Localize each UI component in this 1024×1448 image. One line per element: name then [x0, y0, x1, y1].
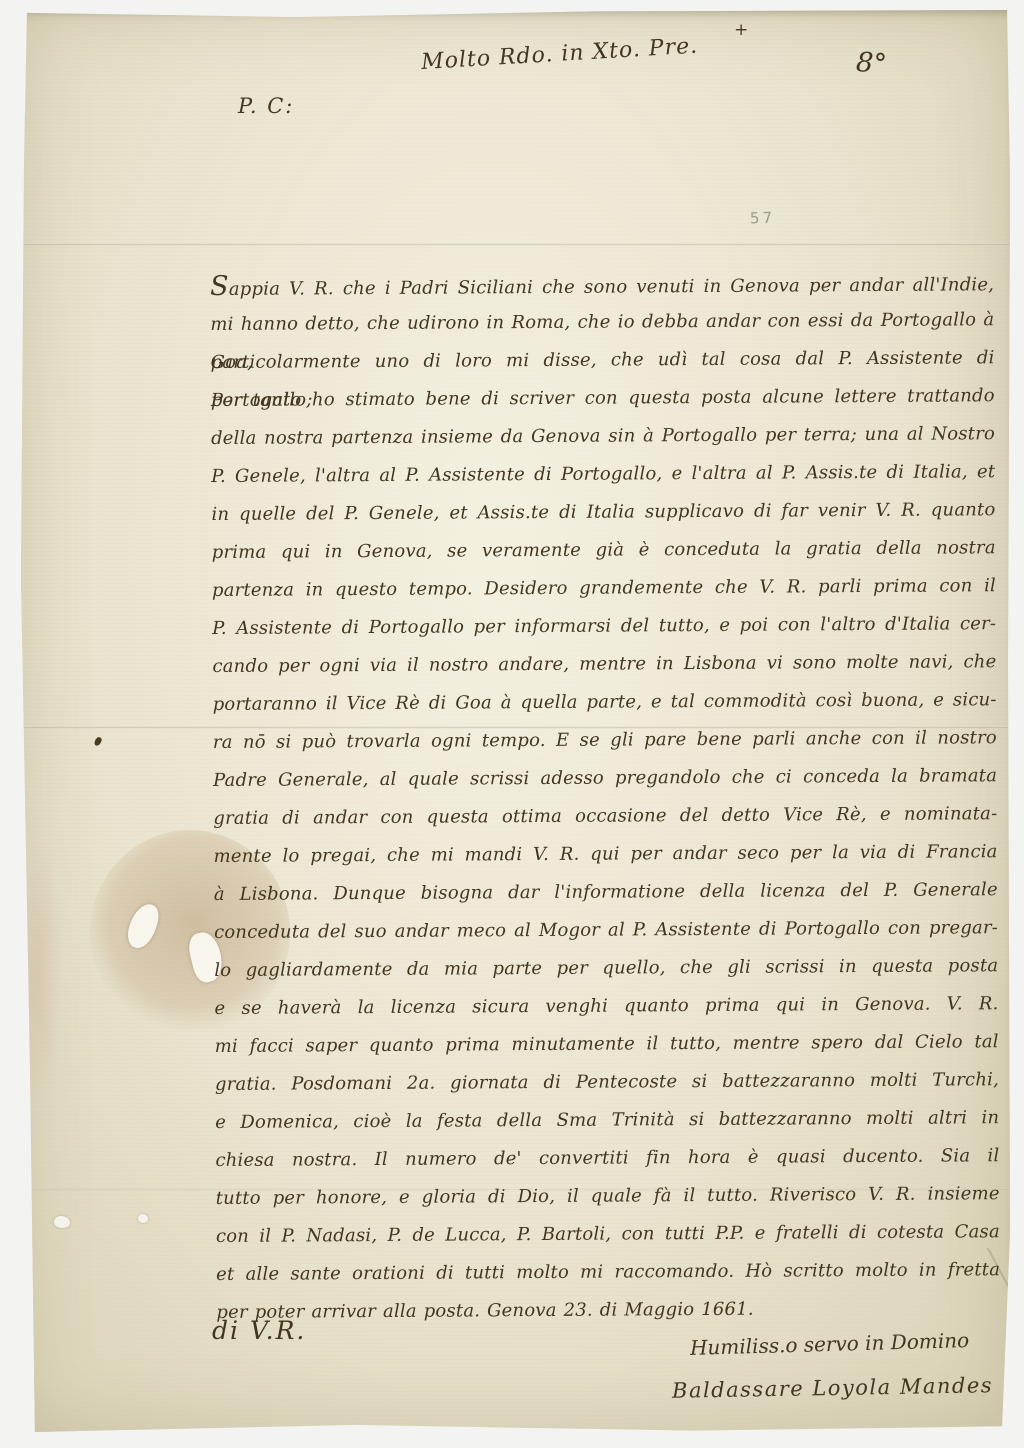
letter-paper: + Molto Rdo. in Xto. Pre. 8° 57 P. C: Sa…	[18, 10, 1010, 1432]
archive-stamp-number: 57	[750, 209, 776, 228]
edge-discoloration	[12, 838, 64, 1108]
scanned-letter-page: + Molto Rdo. in Xto. Pre. 8° 57 P. C: Sa…	[0, 0, 1024, 1448]
manuscript-line-5: della nostra partenza insieme da Genova …	[211, 415, 995, 458]
manuscript-line-21: mi facci saper quanto prima minutamente …	[215, 1023, 999, 1066]
manuscript-line-2: mi hanno detto, che udirono in Roma, che…	[210, 301, 994, 344]
manuscript-line-10: P. Assistente di Portogallo per informar…	[212, 605, 996, 648]
manuscript-line-4: per tanto ho stimato bene di scriver con…	[211, 377, 995, 420]
paper-damage-spot	[138, 1214, 148, 1223]
manuscript-line-16: mente lo pregai, che mi mandi V. R. qui …	[213, 833, 997, 876]
manuscript-line-1: Sappia V. R. che i Padri Siciliani che s…	[210, 263, 994, 306]
manuscript-line-22: gratia. Posdomani 2a. giornata di Pentec…	[215, 1061, 999, 1104]
manuscript-line-12: portaranno il Vice Rè di Goa à quella pa…	[213, 681, 997, 724]
manuscript-line-20: e se haverà la licenza sicura venghi qua…	[214, 985, 998, 1028]
ink-speck	[93, 736, 102, 747]
manuscript-line-25: tutto per honore, e gloria di Dio, il qu…	[216, 1175, 1000, 1218]
manuscript-line-19: lo gagliardamente da mia parte per quell…	[214, 947, 998, 990]
valediction-right: Humiliss.o servo in Domino	[690, 1328, 970, 1360]
greeting-abbreviation: P. C:	[238, 94, 294, 118]
manuscript-line-23: e Domenica, cioè la festa della Sma Trin…	[215, 1099, 999, 1142]
manuscript-line-24: chiesa nostra. Il numero de' convertiti …	[215, 1137, 999, 1180]
fold-crease-top	[18, 243, 1010, 246]
manuscript-line-13: ra nō si può trovarla ogni tempo. E se g…	[213, 719, 997, 762]
manuscript-line-17: à Lisbona. Dunque bisogna dar l'informat…	[214, 871, 998, 914]
manuscript-line-3: particolarmente uno di loro mi disse, ch…	[210, 339, 994, 382]
letter-body: Sappia V. R. che i Padri Siciliani che s…	[210, 263, 1000, 1332]
manuscript-line-18: conceduta del suo andar meco al Mogor al…	[214, 909, 998, 952]
paper-damage-spot	[54, 1216, 70, 1228]
manuscript-line-8: prima qui in Genova, se veramente già è …	[212, 529, 996, 572]
salutation: Molto Rdo. in Xto. Pre.	[421, 27, 812, 75]
manuscript-line-26: con il P. Nadasi, P. de Lucca, P. Bartol…	[216, 1213, 1000, 1256]
folio-number: 8°	[855, 47, 888, 80]
manuscript-line-14: Padre Generale, al quale scrissi adesso …	[213, 757, 997, 800]
manuscript-line-27: et alle sante orationi di tutti molto mi…	[216, 1251, 1000, 1294]
manuscript-line-15: gratia di andar con questa ottima occasi…	[213, 795, 997, 838]
signature: Baldassare Loyola Mandes	[672, 1373, 993, 1403]
valediction-left: di V.R.	[212, 1316, 306, 1345]
manuscript-line-11: cando per ogni via il nostro andare, men…	[212, 643, 996, 686]
manuscript-line-28: per poter arrivar alla posta. Genova 23.…	[216, 1289, 1000, 1332]
manuscript-line-7: in quelle del P. Genele, et Assis.te di …	[211, 491, 995, 534]
manuscript-line-6: P. Genele, l'altra al P. Assistente di P…	[211, 453, 995, 496]
manuscript-line-9: partenza in questo tempo. Desidero grand…	[212, 567, 996, 610]
